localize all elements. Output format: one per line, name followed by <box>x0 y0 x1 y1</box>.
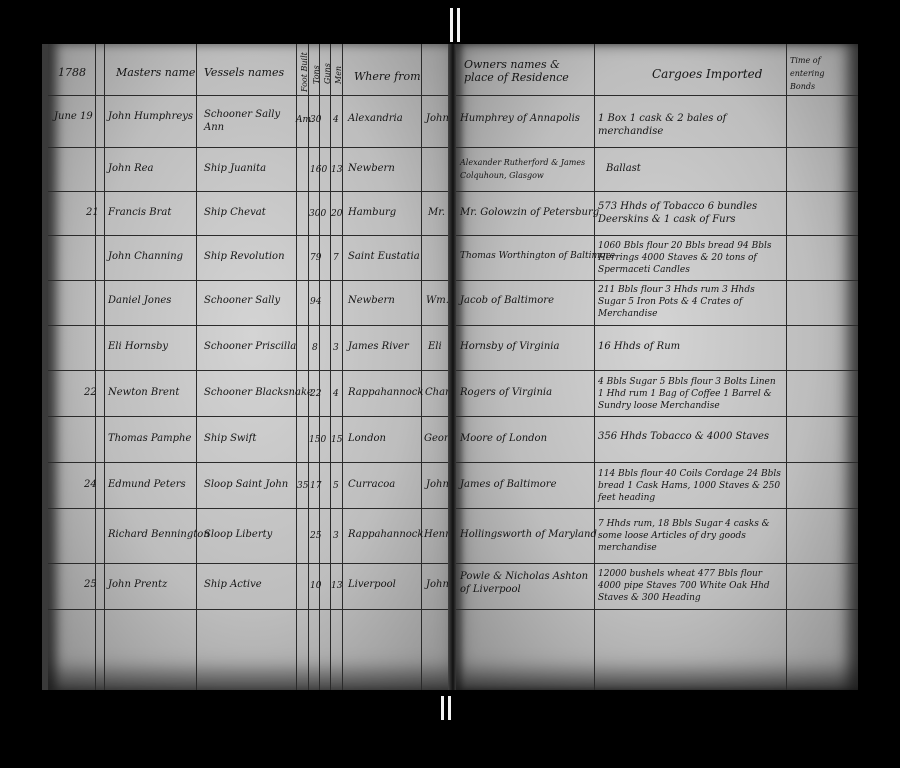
row-owners: Mr. Golowzin of Petersburg <box>460 206 599 219</box>
row-built: 35 <box>297 480 308 493</box>
row-vessel: Ship Chevat <box>204 206 266 219</box>
row-rule <box>48 280 458 281</box>
row-cargo: Ballast <box>606 162 641 175</box>
row-tons: 94 <box>310 296 321 309</box>
row-owners: Jacob of Baltimore <box>460 294 554 307</box>
row-agent: Mr. <box>428 206 445 219</box>
row-vessel: Ship Swift <box>204 432 256 445</box>
rule-from <box>421 44 422 690</box>
row-owners: James of Baltimore <box>460 478 557 491</box>
row-cargo: 211 Bbls flour 3 Hhds rum 3 Hhds Sugar 5… <box>598 284 784 320</box>
row-rule <box>48 95 458 96</box>
row-agent: John <box>426 478 449 491</box>
row-vessel: Ship Juanita <box>204 162 266 175</box>
row-cargo: 7 Hhds rum, 18 Bbls Sugar 4 casks & some… <box>598 518 784 554</box>
row-owners: Powle & Nicholas Ashton of Liverpool <box>460 570 592 596</box>
row-from: Newbern <box>348 162 395 175</box>
row-cargo: 1 Box 1 cask & 2 bales of merchandise <box>598 112 784 138</box>
row-rule <box>456 370 858 371</box>
row-men: 3 <box>333 342 339 355</box>
registration-mark-bottom-left <box>441 696 444 720</box>
row-from: Rappahannock <box>348 386 423 399</box>
row-agent: John <box>426 578 449 591</box>
row-from: Newbern <box>348 294 395 307</box>
row-rule <box>456 235 858 236</box>
row-master: John Channing <box>108 250 183 263</box>
row-from: Rappahannock <box>348 528 423 541</box>
row-agent: Eli <box>428 340 442 353</box>
row-cargo: 12000 bushels wheat 477 Bbls flour 4000 … <box>598 568 784 604</box>
row-from: Liverpool <box>348 578 396 591</box>
header-where-from: Where from <box>354 70 421 83</box>
header-vessels-names: Vessels names <box>204 66 284 79</box>
header-owners: Owners names & place of Residence <box>464 58 592 84</box>
row-date: 24 <box>84 478 97 491</box>
row-rule <box>456 147 858 148</box>
rule-guns <box>330 44 331 690</box>
row-tons: 150 <box>309 434 326 447</box>
row-vessel: Ship Active <box>204 578 262 591</box>
row-rule <box>456 416 858 417</box>
row-tons: 160 <box>310 164 327 177</box>
row-from: London <box>348 432 386 445</box>
row-rule <box>48 563 458 564</box>
row-master: Thomas Pamphe <box>108 432 191 445</box>
header-men: Men <box>332 66 345 84</box>
row-from: James River <box>348 340 409 353</box>
row-rule <box>48 325 458 326</box>
row-men: 5 <box>333 480 339 493</box>
row-from: Curracoa <box>348 478 395 491</box>
rule-date <box>95 44 96 690</box>
row-men: 4 <box>333 114 339 127</box>
row-from: Hamburg <box>348 206 396 219</box>
row-owners: Thomas Worthington of Baltimore <box>460 250 615 263</box>
row-master: John Humphreys <box>108 110 193 123</box>
row-vessel: Schooner Sally Ann <box>204 108 284 134</box>
row-tons: 10 <box>310 580 321 593</box>
row-cargo: 356 Hhds Tobacco & 4000 Staves <box>598 430 769 443</box>
row-men: 4 <box>333 388 339 401</box>
row-tons: 8 <box>312 342 318 355</box>
registration-mark-top-right <box>457 8 460 42</box>
row-rule <box>456 280 858 281</box>
row-rule <box>456 508 858 509</box>
row-owners: Humphrey of Annapolis <box>460 112 580 125</box>
row-agent: Wm. <box>426 294 449 307</box>
row-cargo: 1060 Bbls flour 20 Bbls bread 94 Bbls He… <box>598 240 784 276</box>
row-master: John Prentz <box>108 578 167 591</box>
row-vessel: Ship Revolution <box>204 250 285 263</box>
header-year: 1788 <box>58 66 86 79</box>
rule-day <box>104 44 105 690</box>
row-rule <box>48 147 458 148</box>
rule-tons <box>319 44 320 690</box>
row-rule <box>456 191 858 192</box>
header-time-bonds: Time of entering Bonds <box>790 54 852 93</box>
row-date: 21 <box>86 206 99 219</box>
row-owners: Hornsby of Virginia <box>460 340 559 353</box>
row-rule <box>456 462 858 463</box>
row-rule <box>48 609 458 610</box>
row-vessel: Sloop Saint John <box>204 478 288 491</box>
rule-men <box>342 44 343 690</box>
row-date: June 19 <box>54 110 93 123</box>
row-vessel: Schooner Priscilla <box>204 340 296 353</box>
row-master: John Rea <box>108 162 154 175</box>
row-men: 3 <box>333 530 339 543</box>
row-cargo: 573 Hhds of Tobacco 6 bundles Deerskins … <box>598 200 784 226</box>
row-men: 13 <box>331 164 342 177</box>
row-vessel: Sloop Liberty <box>204 528 272 541</box>
row-cargo: 114 Bbls flour 40 Coils Cordage 24 Bbls … <box>598 468 784 504</box>
row-agent: John <box>426 112 449 125</box>
row-rule <box>456 563 858 564</box>
row-rule <box>456 609 858 610</box>
row-date: 22 <box>84 386 97 399</box>
registration-mark-bottom-right <box>448 696 451 720</box>
row-vessel: Schooner Blacksnake <box>204 386 313 399</box>
row-rule <box>48 235 458 236</box>
registration-mark-top-left <box>450 8 453 42</box>
header-masters-name: Masters name <box>116 66 195 79</box>
row-master: Daniel Jones <box>108 294 171 307</box>
rule-vessel <box>296 44 297 690</box>
rule-built <box>308 44 309 690</box>
row-rule <box>48 462 458 463</box>
row-cargo: 4 Bbls Sugar 5 Bbls flour 3 Bolts Linen … <box>598 376 784 412</box>
row-tons: 17 <box>310 480 321 493</box>
row-tons: 300 <box>309 208 326 221</box>
row-vessel: Schooner Sally <box>204 294 280 307</box>
row-rule <box>48 508 458 509</box>
row-men: 13 <box>331 580 342 593</box>
row-date: 25 <box>84 578 97 591</box>
row-owners: Hollingsworth of Maryland <box>460 528 597 541</box>
row-owners: Alexander Rutherford & James Colquhoun, … <box>460 156 592 182</box>
row-rule <box>456 325 858 326</box>
row-rule <box>456 95 858 96</box>
row-tons: 22 <box>310 388 321 401</box>
row-men: 20 <box>331 208 342 221</box>
row-master: Richard Bennington <box>108 528 210 541</box>
ledger-left-page: 1788 Masters name Vessels names Foot Bui… <box>42 44 458 690</box>
row-master: Francis Brat <box>108 206 171 219</box>
row-master: Eli Hornsby <box>108 340 168 353</box>
row-men: 15 <box>331 434 342 447</box>
row-master: Edmund Peters <box>108 478 186 491</box>
row-rule <box>48 416 458 417</box>
row-rule <box>48 191 458 192</box>
row-men: 7 <box>333 252 339 265</box>
row-cargo: 16 Hhds of Rum <box>598 340 680 353</box>
row-tons: 30 <box>310 114 321 127</box>
row-owners: Moore of London <box>460 432 547 445</box>
row-from: Alexandria <box>348 112 403 125</box>
row-rule <box>48 370 458 371</box>
rule-cargoes <box>786 44 787 690</box>
row-tons: 25 <box>310 530 321 543</box>
header-cargoes: Cargoes Imported <box>652 68 762 81</box>
row-master: Newton Brent <box>108 386 179 399</box>
rule-master <box>196 44 197 690</box>
rule-owners <box>594 44 595 690</box>
ledger-right-page: Owners names & place of Residence Cargoe… <box>456 44 858 690</box>
row-owners: Rogers of Virginia <box>460 386 552 399</box>
row-from: Saint Eustatia <box>348 250 420 263</box>
row-tons: 79 <box>310 252 321 265</box>
